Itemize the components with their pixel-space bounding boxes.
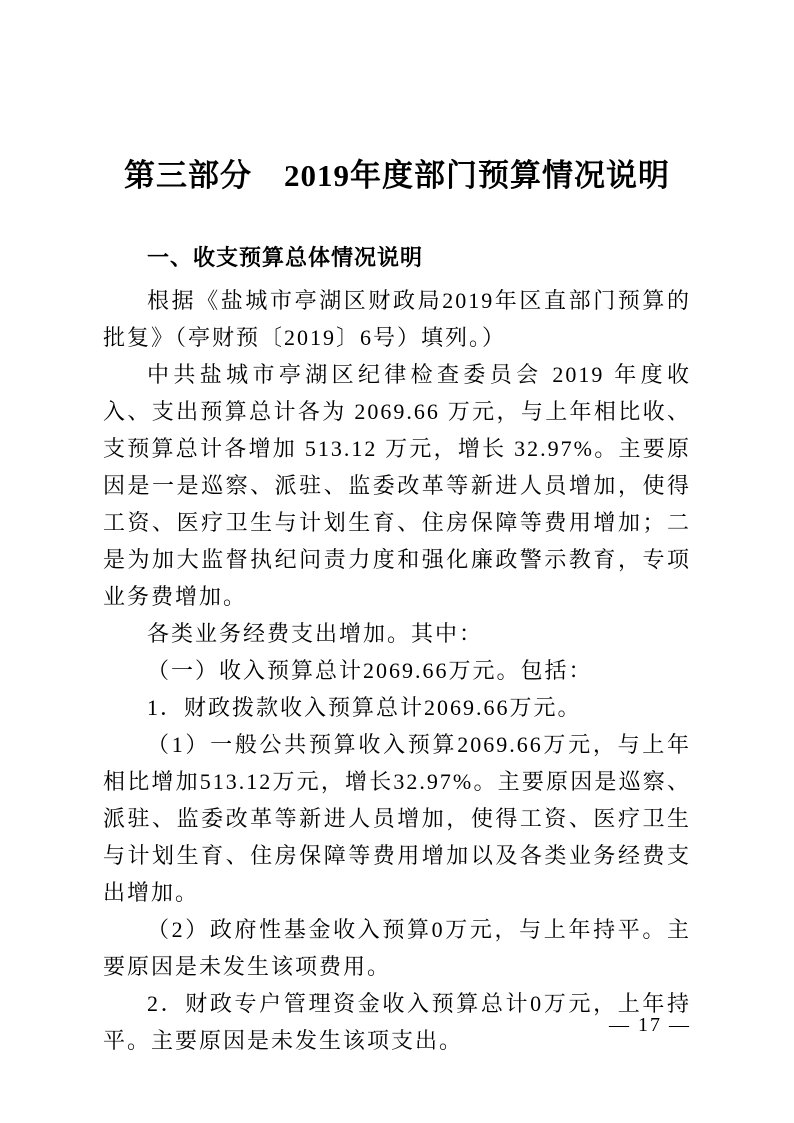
document-title: 第三部分 2019年度部门预算情况说明 <box>103 153 691 199</box>
paragraph-expense-increase: 各类业务经费支出增加。其中： <box>103 615 691 652</box>
body-text-block: 根据《盐城市亭湖区财政局2019年区直部门预算的批复》（亭财预〔2019〕6号）… <box>103 282 691 1059</box>
document-content: 第三部分 2019年度部门预算情况说明 一、收支预算总体情况说明 根据《盐城市亭… <box>103 0 691 1059</box>
paragraph-basis: 根据《盐城市亭湖区财政局2019年区直部门预算的批复》（亭财预〔2019〕6号）… <box>103 282 691 356</box>
section-heading: 一、收支预算总体情况说明 <box>103 243 691 273</box>
document-page: 第三部分 2019年度部门预算情况说明 一、收支预算总体情况说明 根据《盐城市亭… <box>0 0 794 1123</box>
paragraph-income-total: （一）收入预算总计2069.66万元。包括： <box>103 652 691 689</box>
paragraph-government-fund: （2）政府性基金收入预算0万元，与上年持平。主要原因是未发生该项费用。 <box>103 911 691 985</box>
paragraph-special-account: 2．财政专户管理资金收入预算总计0万元，上年持平。主要原因是未发生该项支出。 <box>103 985 691 1059</box>
paragraph-fiscal-allocation: 1．财政拨款收入预算总计2069.66万元。 <box>103 689 691 726</box>
paragraph-general-public-budget: （1）一般公共预算收入预算2069.66万元，与上年相比增加513.12万元，增… <box>103 726 691 911</box>
paragraph-budget-total: 中共盐城市亭湖区纪律检查委员会 2019 年度收入、支出预算总计各为 2069.… <box>103 356 691 615</box>
page-number: — 17 — <box>609 1012 691 1038</box>
